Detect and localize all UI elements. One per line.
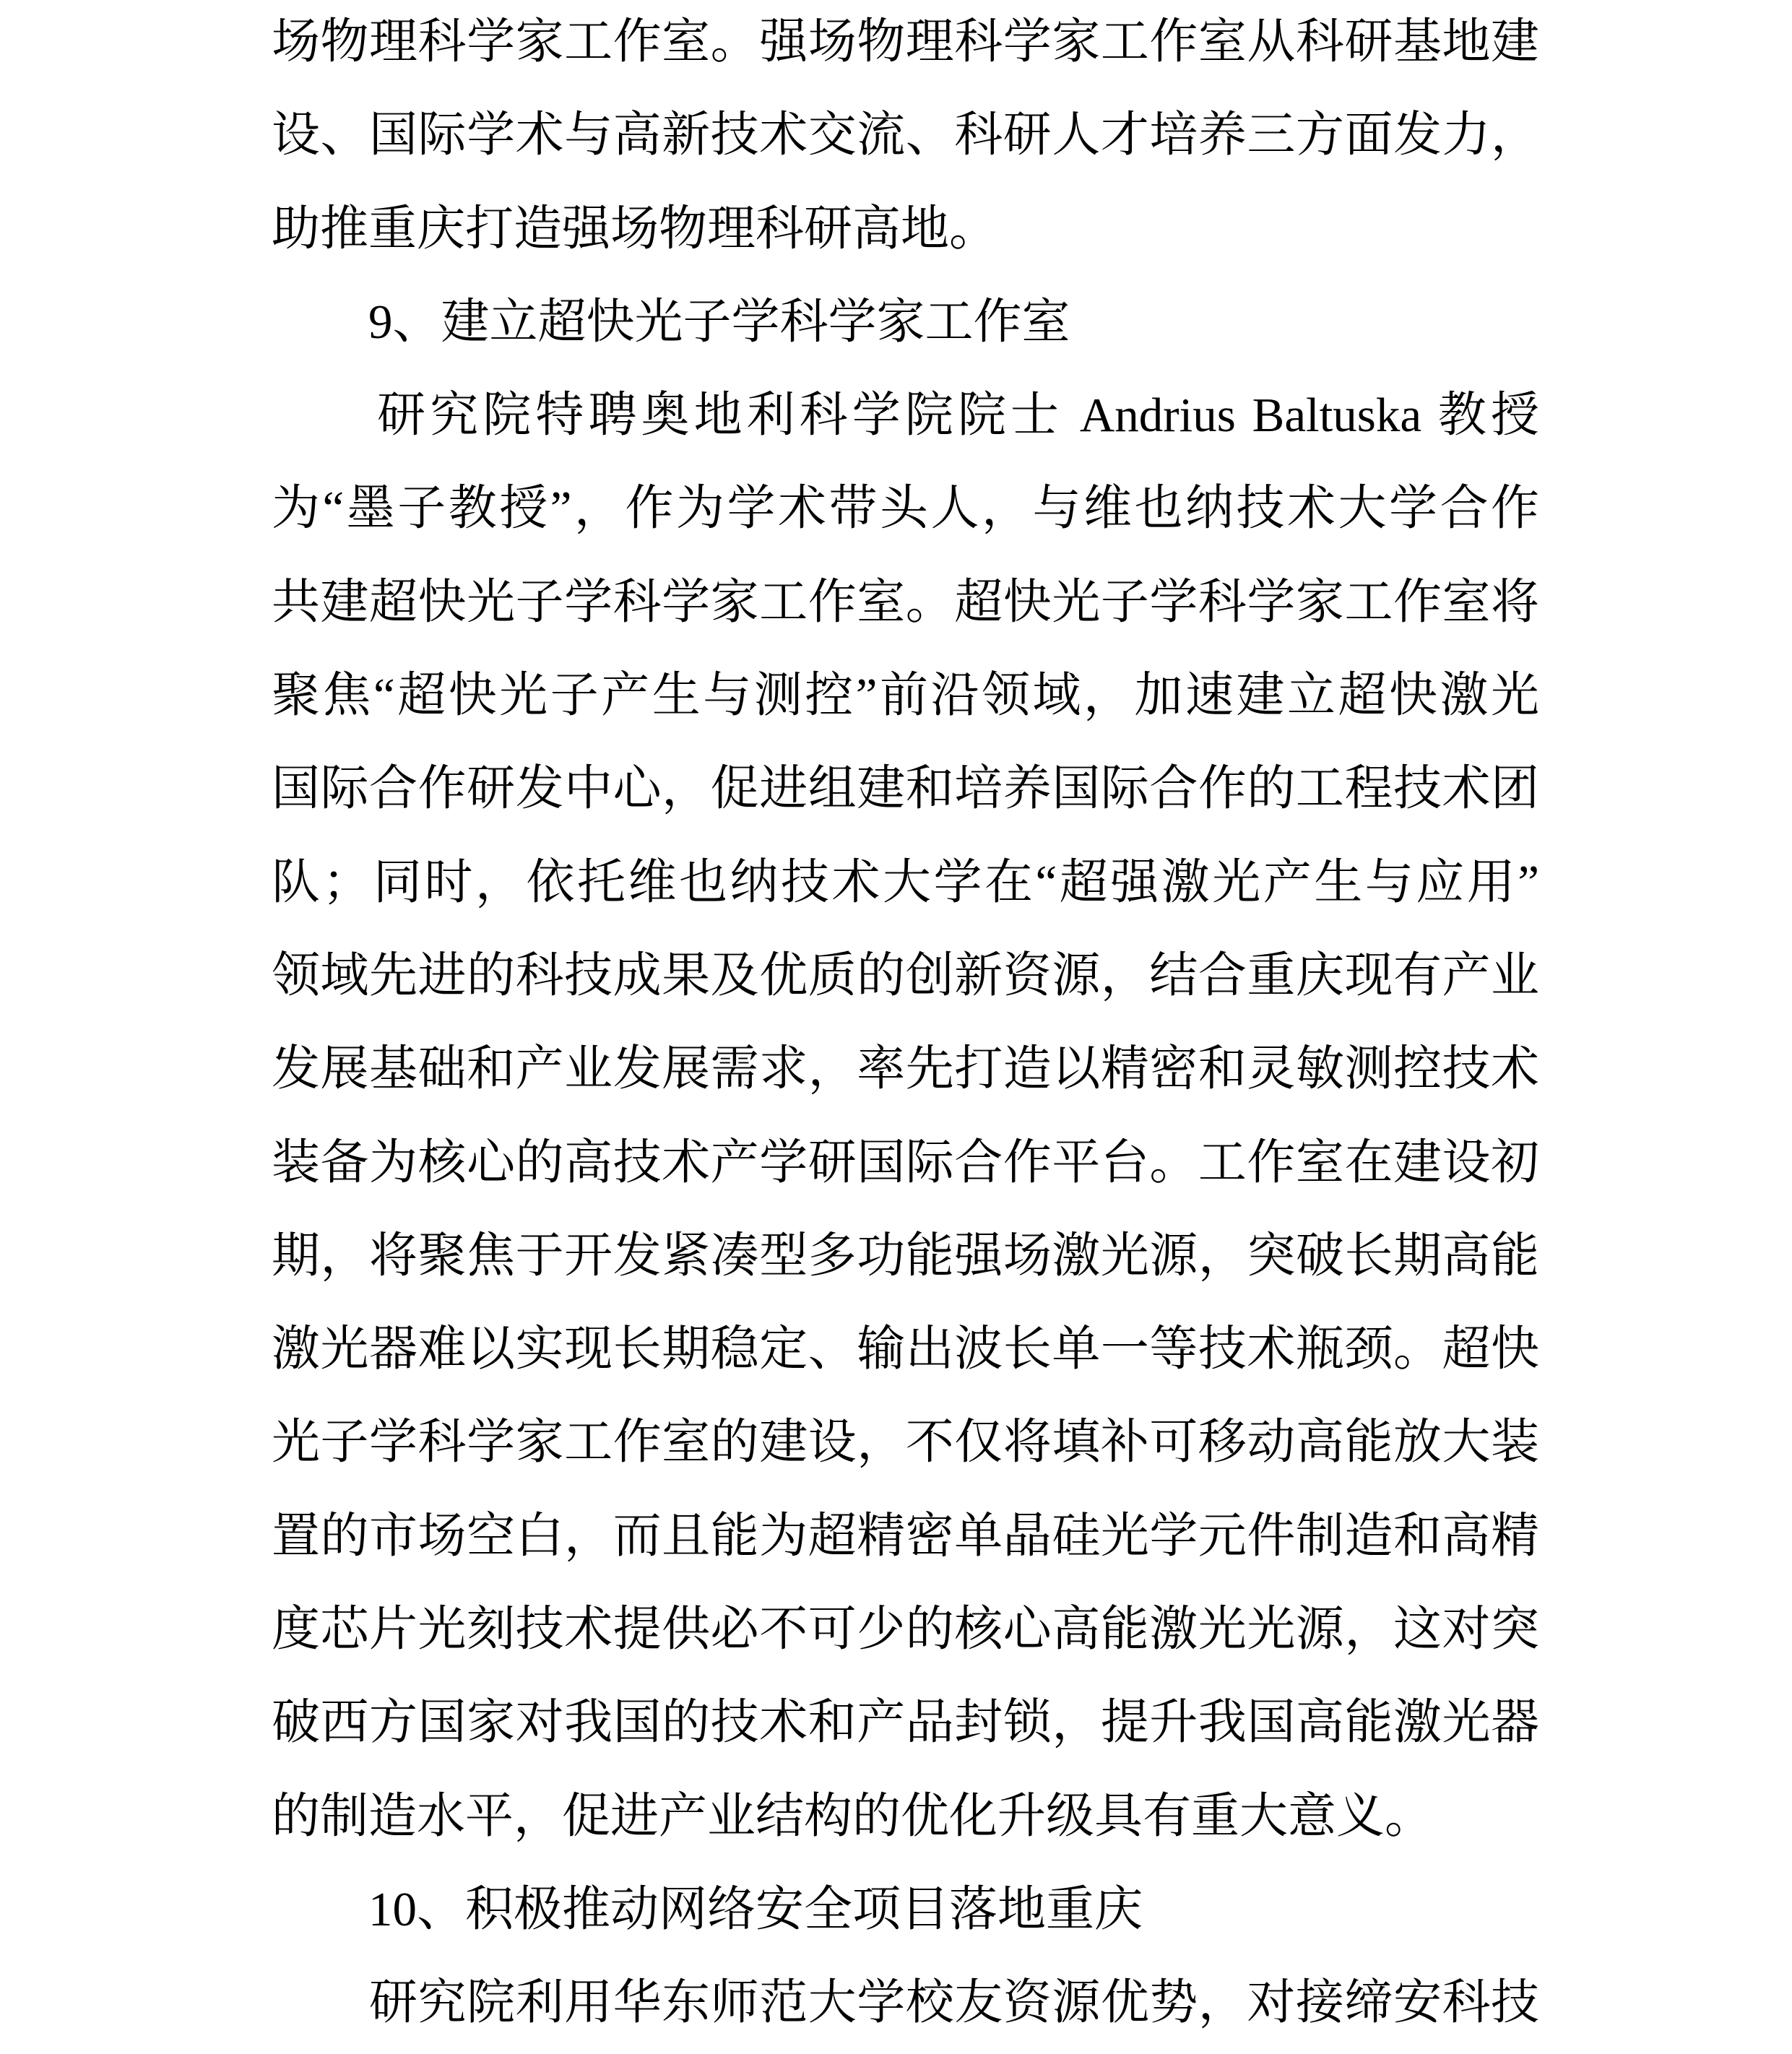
text-line: 国际合作研发中心，促进组建和培养国际合作的工程技术团 [272,742,1539,836]
text-line: 度芯片光刻技术提供必不可少的核心高能激光光源，这对突 [272,1583,1539,1676]
text-line: 助推重庆打造强场物理科研高地。 [272,183,1539,276]
document-page: 场物理科学家工作室。强场物理科学家工作室从科研基地建 设、国际学术与高新技术交流… [0,0,1792,2054]
text-line: 发展基础和产业发展需求，率先打造以精密和灵敏测控技术 [272,1023,1539,1116]
text-line: 激光器难以实现长期稳定、输出波长单一等技术瓶颈。超快 [272,1303,1539,1396]
section-heading-9: 9、建立超快光子学科学家工作室 [272,276,1539,369]
document-text-block: 场物理科学家工作室。强场物理科学家工作室从科研基地建 设、国际学术与高新技术交流… [272,0,1539,2050]
text-line: 的制造水平，促进产业结构的优化升级具有重大意义。 [272,1770,1539,1863]
text-line: 共建超快光子学科学家工作室。超快光子学科学家工作室将 [272,556,1539,649]
text-line: 光子学科学家工作室的建设，不仅将填补可移动高能放大装 [272,1396,1539,1489]
section-heading-10: 10、积极推动网络安全项目落地重庆 [272,1863,1539,1956]
text-line: 装备为核心的高技术产学研国际合作平台。工作室在建设初 [272,1117,1539,1210]
text-line: 领域先进的科技成果及优质的创新资源，结合重庆现有产业 [272,929,1539,1023]
text-line: 设、国际学术与高新技术交流、科研人才培养三方面发力， [272,89,1539,182]
text-line: 置的市场空白，而且能为超精密单晶硅光学元件制造和高精 [272,1490,1539,1583]
text-line: 聚焦“超快光子产生与测控”前沿领域，加速建立超快激光 [272,649,1539,742]
text-line: 场物理科学家工作室。强场物理科学家工作室从科研基地建 [272,0,1539,89]
text-line: 破西方国家对我国的技术和产品封锁，提升我国高能激光器 [272,1676,1539,1769]
text-line: 研究院利用华东师范大学校友资源优势，对接缔安科技 [272,1956,1539,2050]
text-line: 队；同时，依托维也纳技术大学在“超强激光产生与应用” [272,836,1539,929]
text-line: 期，将聚焦于开发紧凑型多功能强场激光源，突破长期高能 [272,1210,1539,1303]
text-line: 研究院特聘奥地利科学院院士 Andrius Baltuska 教授 [272,369,1539,462]
text-line: 为“墨子教授”，作为学术带头人，与维也纳技术大学合作 [272,462,1539,555]
